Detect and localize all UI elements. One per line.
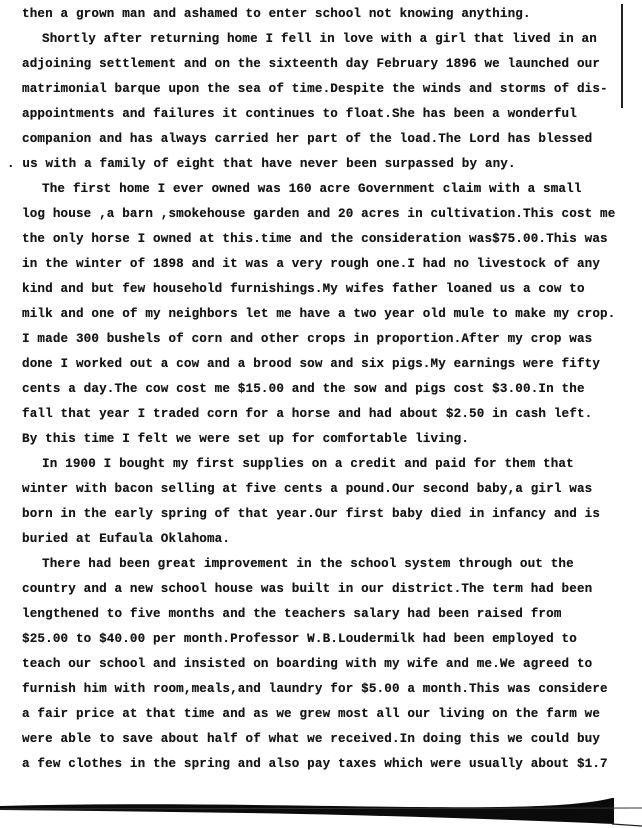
text-line: then a grown man and ashamed to enter sc… — [22, 6, 531, 22]
text-line: . us with a family of eight that have ne… — [7, 156, 516, 172]
text-line: kind and but few household furnishings.M… — [22, 281, 585, 297]
text-line: in the winter of 1898 and it was a very … — [22, 256, 600, 272]
text-line: Shortly after returning home I fell in l… — [42, 31, 597, 47]
scan-edge-shadow — [0, 790, 642, 828]
text-line: log house ,a barn ,smokehouse garden and… — [22, 206, 615, 222]
text-line: milk and one of my neighbors let me have… — [22, 306, 615, 322]
text-line: fall that year I traded corn for a horse… — [22, 406, 592, 422]
text-line: lengthened to five months and the teache… — [22, 606, 562, 622]
text-line: companion and has always carried her par… — [22, 131, 592, 147]
text-line: country and a new school house was built… — [22, 581, 592, 597]
text-line: $25.00 to $40.00 per month.Professor W.B… — [22, 631, 577, 647]
margin-rule — [621, 4, 623, 108]
text-line: were able to save about half of what we … — [22, 731, 600, 747]
text-line: In 1900 I bought my first supplies on a … — [42, 456, 574, 472]
text-line: appointments and failures it continues t… — [22, 106, 577, 122]
text-line: done I worked out a cow and a brood sow … — [22, 356, 600, 372]
text-line: By this time I felt we were set up for c… — [22, 431, 469, 447]
text-line: furnish him with room,meals,and laundry … — [22, 681, 608, 697]
text-line: matrimonial barque upon the sea of time.… — [22, 81, 608, 97]
text-line: born in the early spring of that year.Ou… — [22, 506, 600, 522]
text-line: a few clothes in the spring and also pay… — [22, 756, 608, 772]
text-line: cents a day.The cow cost me $15.00 and t… — [22, 381, 585, 397]
text-line: I made 300 bushels of corn and other cro… — [22, 331, 592, 347]
text-line: winter with bacon selling at five cents … — [22, 481, 592, 497]
text-line: buried at Eufaula Oklahoma. — [22, 531, 230, 547]
text-line: teach our school and insisted on boardin… — [22, 656, 592, 672]
text-line: adjoining settlement and on the sixteent… — [22, 56, 600, 72]
text-line: the only horse I owned at this.time and … — [22, 231, 608, 247]
text-line: There had been great improvement in the … — [42, 556, 574, 572]
text-line: a fair price at that time and as we grew… — [22, 706, 600, 722]
text-line: The first home I ever owned was 160 acre… — [42, 181, 582, 197]
scanned-typewritten-page: then a grown man and ashamed to enter sc… — [0, 0, 642, 828]
